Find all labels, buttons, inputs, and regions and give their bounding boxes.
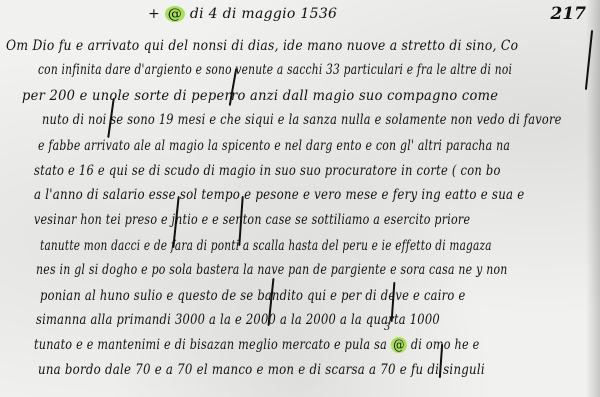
header-line: + @ di 4 di maggio 1536 bbox=[148, 6, 337, 22]
manuscript-line: Om Dio fu e arrivato qui del nonsi di di… bbox=[6, 38, 518, 54]
manuscript-line: con infinita dare d'argiento e sono venu… bbox=[38, 62, 512, 78]
manuscript-line: una bordo dale 70 e a 70 el manco e mon … bbox=[38, 362, 485, 378]
fraction-mark: 3 bbox=[384, 322, 391, 333]
at-symbol-highlight-2: @ bbox=[391, 337, 407, 353]
line-text-before: tunato e e mantenimi e di bisazan meglio… bbox=[34, 337, 391, 353]
manuscript-line: ponian al huno sulio e questo de se band… bbox=[40, 288, 465, 304]
page-number: 217 bbox=[551, 4, 587, 24]
manuscript-line: a l'anno di salario esse sol tempo e pes… bbox=[34, 187, 524, 203]
line-text-after: di omo he e bbox=[407, 337, 479, 353]
manuscript-line: per 200 e unole sorte di peperro anzi da… bbox=[22, 88, 498, 104]
manuscript-line: stato e 16 e qui se di scudo di magio in… bbox=[34, 163, 501, 179]
header-date: di 4 di maggio 1536 bbox=[190, 6, 337, 22]
manuscript-line: nes in gl si dogho e po sola bastera la … bbox=[36, 262, 508, 278]
at-symbol-highlight: @ bbox=[165, 6, 185, 22]
manuscript-page: 217 + @ di 4 di maggio 1536 Om Dio fu e … bbox=[0, 0, 600, 397]
manuscript-line: vesinar hon tei preso e jntio e e senton… bbox=[34, 212, 470, 228]
manuscript-line: nuto di noi se sono 19 mesi e che siqui … bbox=[42, 112, 562, 128]
page-edge-shadow bbox=[586, 0, 600, 397]
manuscript-line: e fabbe arrivato ale al magio la spicent… bbox=[38, 138, 510, 154]
manuscript-line: simanna alla primandi 3000 a la e 2000 a… bbox=[36, 312, 440, 328]
manuscript-line: tanutte mon dacci e de fara di ponti a s… bbox=[40, 238, 492, 254]
manuscript-line-with-highlight: tunato e e mantenimi e di bisazan meglio… bbox=[34, 337, 480, 353]
cross-mark: + bbox=[148, 6, 160, 22]
